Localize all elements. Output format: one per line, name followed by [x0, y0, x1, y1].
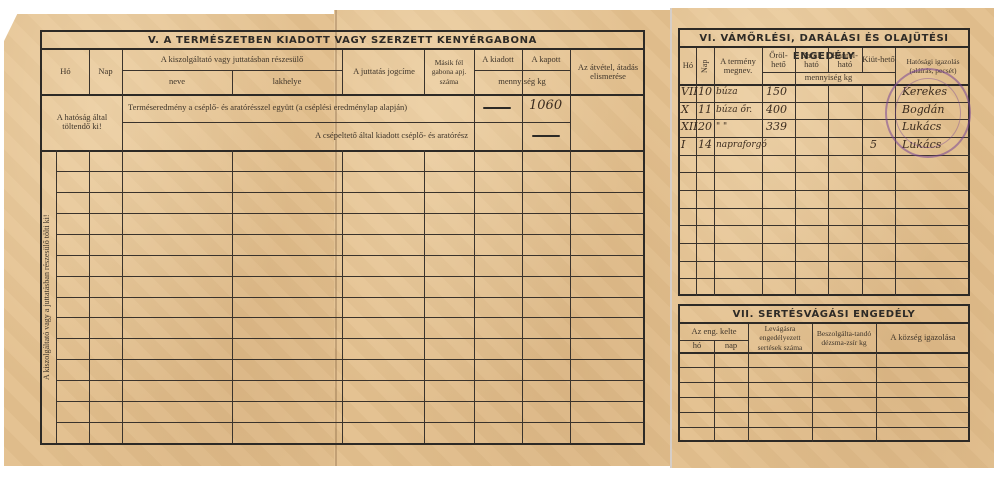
row-line [680, 427, 970, 428]
row-line [57, 338, 643, 339]
header-nap: Nap [697, 48, 713, 84]
row-line [680, 208, 970, 209]
row-line [680, 278, 970, 279]
divider [680, 352, 968, 354]
header-atvetel: Az átvétel, átadás elismerése [572, 50, 644, 94]
entry-orolheto: 150 [766, 86, 787, 98]
entry-termeny: búza őr. [716, 104, 752, 116]
divider [570, 50, 571, 150]
kapott-dash [532, 135, 560, 137]
entry-ho: I [681, 139, 685, 151]
kiadott-dash [483, 107, 511, 109]
entry-termeny: " " [716, 121, 727, 133]
entry-termeny: búza [716, 86, 738, 98]
header-orolheto: Őröl-hető [762, 48, 795, 72]
official-stamp [885, 68, 971, 158]
threshing-row-text: A csépeltető által kiadott cséplő- és ar… [128, 122, 468, 150]
fold-crease [670, 8, 672, 468]
header-levagasra: Levágásra engedélyezett sertések száma [748, 324, 812, 352]
row-line [57, 276, 643, 277]
entry-ho: VII [681, 86, 698, 98]
header-kiadott: A kiadott [474, 50, 522, 70]
header-kozseg: A község igazolása [876, 324, 970, 352]
header-nap: nap [714, 340, 748, 352]
section-v-table: V. A TERMÉSZETBEN KIADOTT VAGY SZERZETT … [40, 30, 645, 445]
header-mennyiseg: mennyiség kg [474, 70, 570, 94]
kapott-value: 1060 [529, 100, 562, 112]
row-line [57, 297, 643, 298]
row-line [57, 213, 643, 214]
row-line [680, 225, 970, 226]
row-line [680, 172, 970, 173]
section-vii-table: VII. SERTÉSVÁGÁSI ENGEDÉLY Az eng. kelte… [678, 304, 970, 442]
header-lakhelye: lakhelye [232, 70, 342, 94]
entry-orolheto: 400 [766, 104, 787, 116]
header-nap: Nap [89, 50, 122, 94]
header-termeny: A termény megnev. [714, 48, 762, 84]
section-vii-title: VII. SERTÉSVÁGÁSI ENGEDÉLY [680, 306, 968, 324]
header-ho: hó [680, 340, 714, 352]
header-kiutheto: Kiüt-hető [862, 48, 895, 72]
entry-nap: 11 [698, 104, 712, 116]
entry-nap: 10 [698, 86, 712, 98]
authority-label: A hatóság által töltendő ki! [44, 94, 120, 150]
row-line [680, 412, 970, 413]
section-vi-title: VI. VÁMŐRLÉSI, DARÁLÁSI ÉS OLAJÜTÉSI ENG… [680, 30, 968, 48]
header-ho: Hó [42, 50, 89, 94]
entry-orolheto: 339 [766, 121, 787, 133]
row-line [57, 422, 643, 423]
row-line [680, 261, 970, 262]
header-daralhato: Darál-ható [795, 48, 828, 72]
row-line [57, 380, 643, 381]
header-recipient-group: A kiszolgáltató vagy juttatásban részesü… [122, 50, 342, 70]
row-line [57, 192, 643, 193]
row-line [680, 367, 970, 368]
row-line [57, 234, 643, 235]
harvest-row-text: Terméseredmény a cséplő- és aratórésszel… [128, 94, 472, 122]
entry-kiutheto: 5 [870, 139, 877, 151]
row-line [680, 190, 970, 191]
row-line [680, 397, 970, 398]
row-line [57, 171, 643, 172]
row-line [680, 243, 970, 244]
header-kelte: Az eng. kelte [680, 324, 748, 340]
row-line [57, 401, 643, 402]
entry-nap: 14 [698, 139, 712, 151]
row-line [57, 255, 643, 256]
header-kapott: A kapott [522, 50, 570, 70]
entry-ho: X [681, 104, 689, 116]
header-masik-fel: Másik fél gabona apj. száma [425, 50, 473, 94]
divider [342, 50, 343, 94]
section-v-title: V. A TERMÉSZETBEN KIADOTT VAGY SZERZETT … [42, 32, 643, 50]
header-beszolgaltatando: Beszolgálta-tandó dézsma-zsír kg [812, 324, 876, 352]
entry-nap: 20 [698, 121, 712, 133]
entry-ho: XII [681, 121, 698, 133]
entry-termeny: napraforgó [716, 139, 767, 151]
header-neve: neve [122, 70, 232, 94]
row-line [57, 359, 643, 360]
header-mennyiseg: mennyiség kg [762, 72, 895, 84]
row-line [680, 382, 970, 383]
side-instruction: A kiszolgáltató vagy a juttatásban része… [42, 152, 56, 442]
header-ho: Hó [680, 48, 696, 84]
row-line [57, 317, 643, 318]
header-jogcime: A juttatás jogcíme [346, 50, 422, 94]
header-hantolhato: Hántol-ható [828, 48, 862, 72]
